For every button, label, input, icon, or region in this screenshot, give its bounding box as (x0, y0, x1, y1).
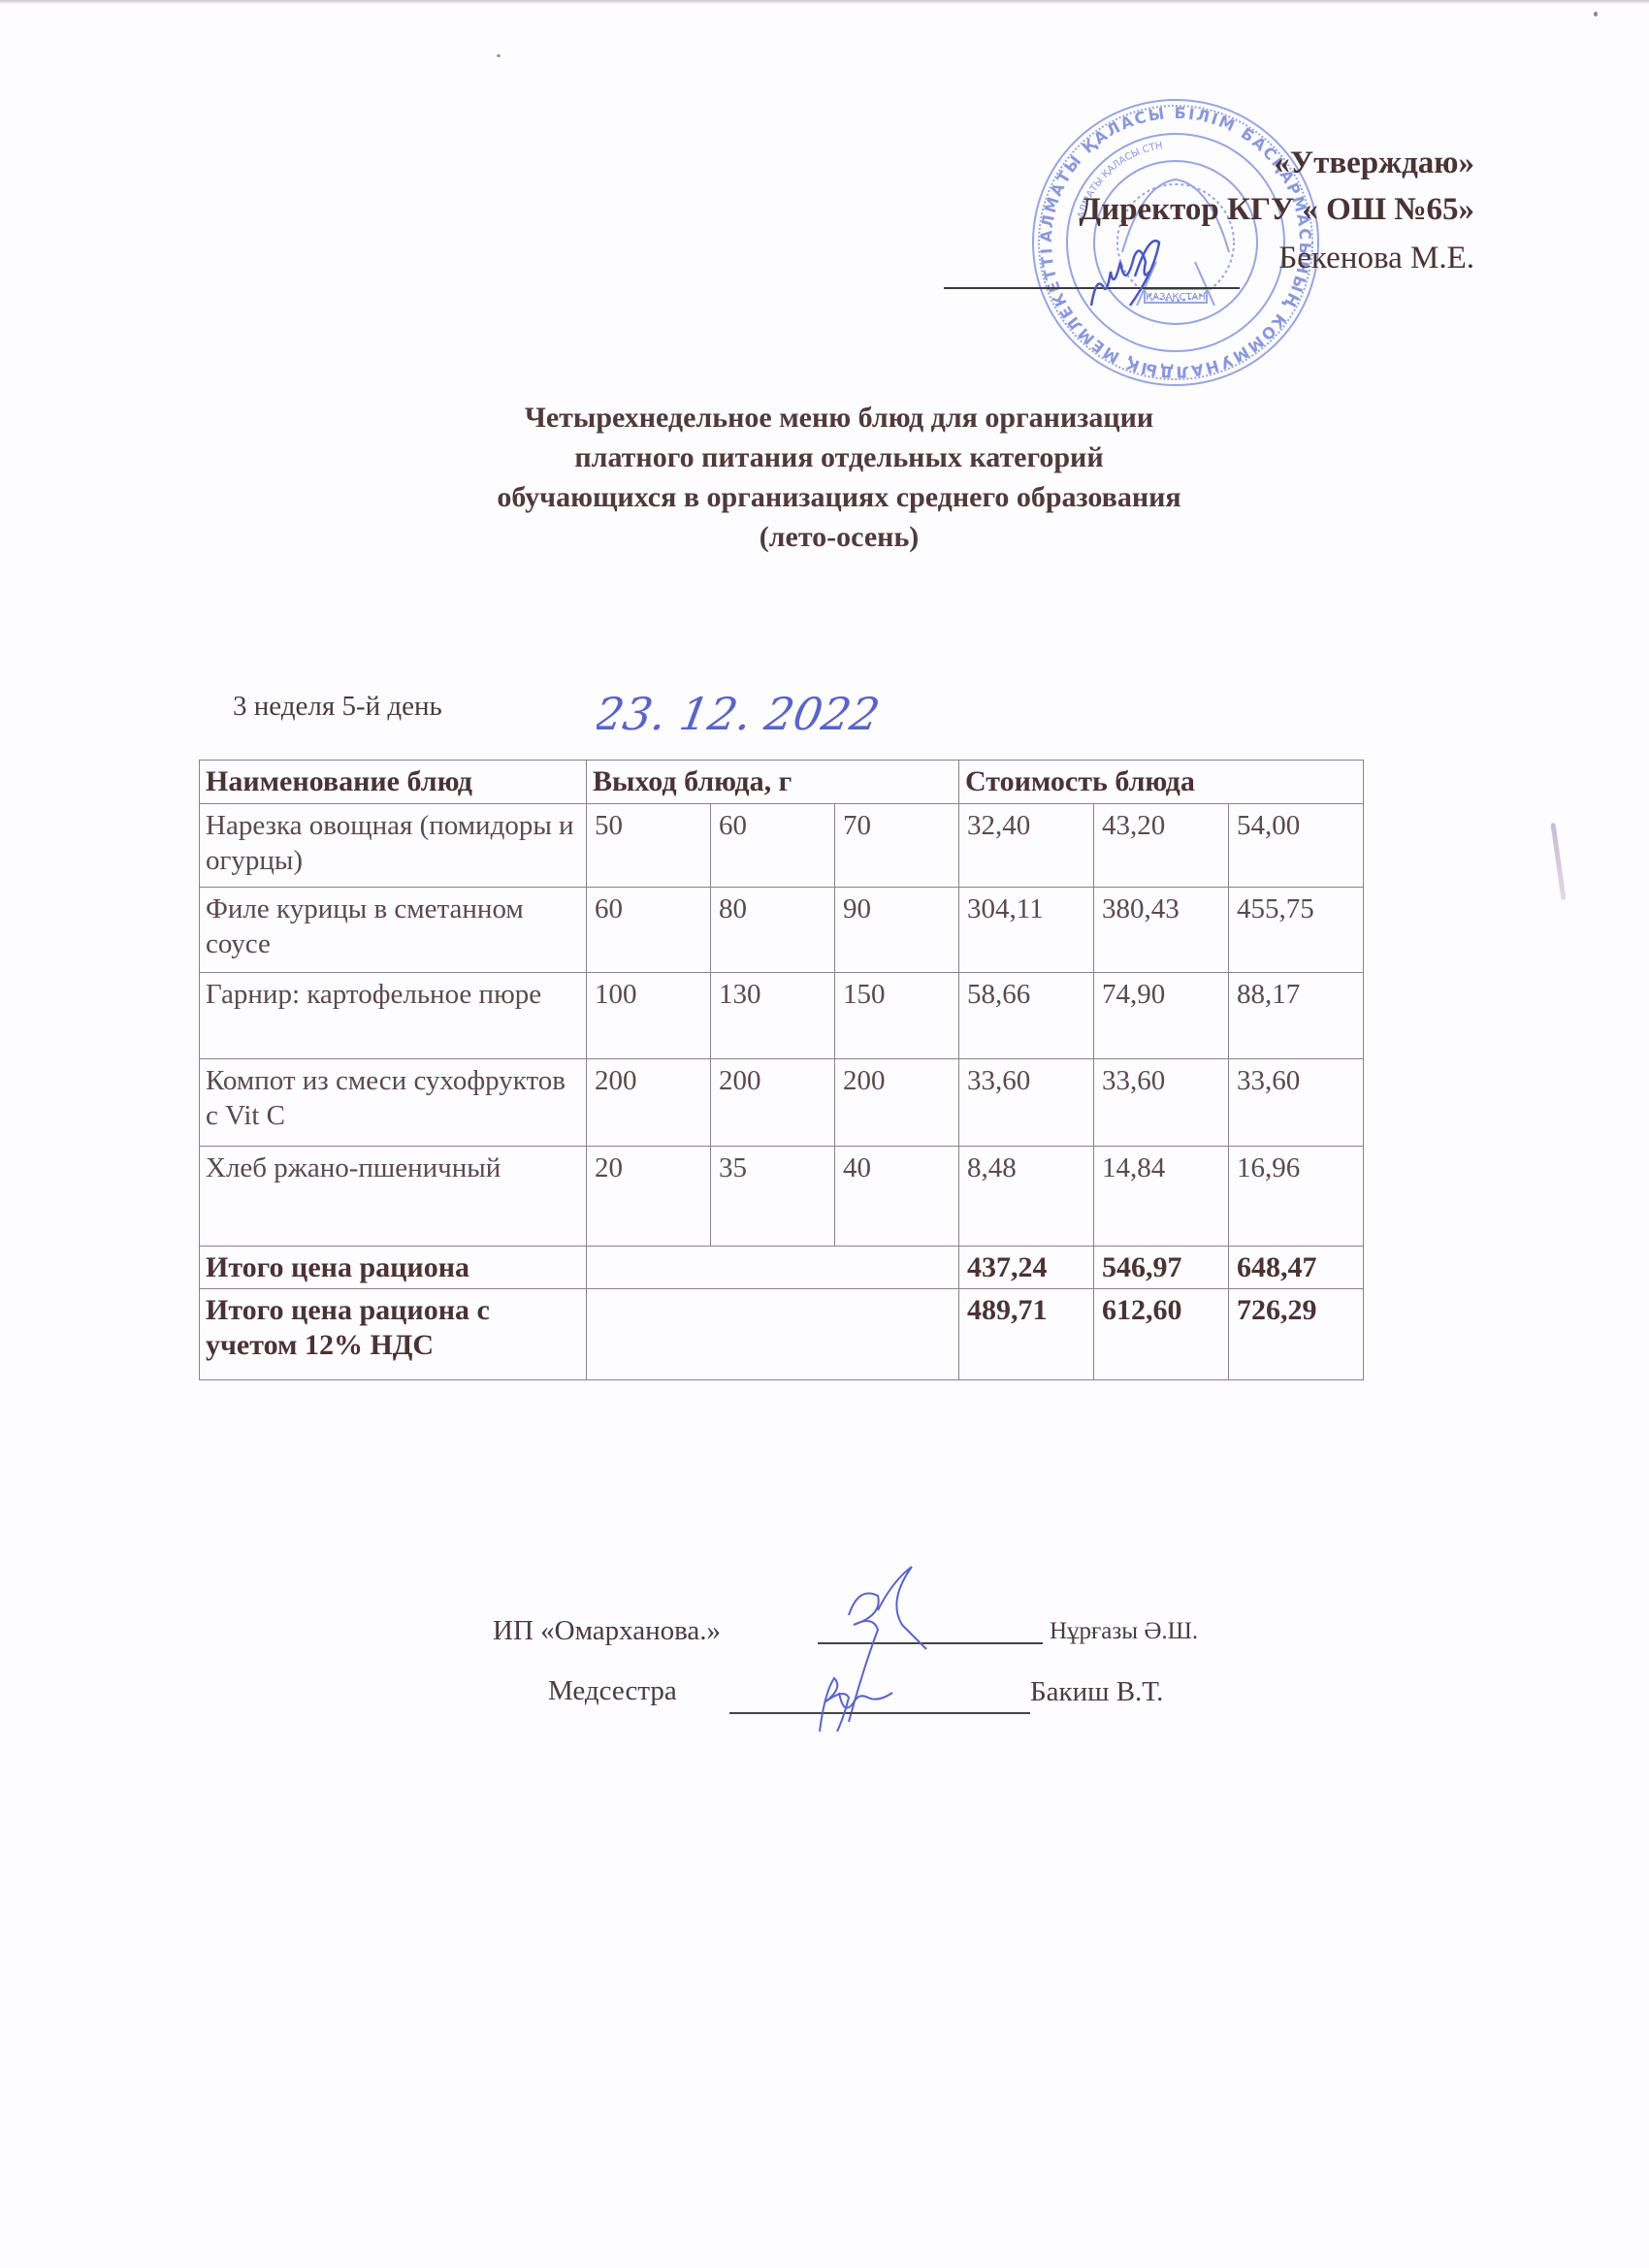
handwritten-date: 23. 12. 2022 (597, 679, 888, 747)
nurse-signatory-name: Бакиш В.Т. (1030, 1676, 1163, 1708)
director-signature-icon (1086, 238, 1193, 315)
empty-cell (587, 1289, 959, 1380)
yield-cell: 150 (835, 973, 959, 1059)
ip-label: ИП «Омарханова.» (493, 1615, 721, 1647)
yield-cell: 130 (711, 973, 835, 1059)
total-cost-cell: 489,71 (959, 1289, 1094, 1380)
table-row: Филе курицы в сметанном соусе608090304,1… (200, 888, 1364, 973)
week-day-label: 3 неделя 5-й день (233, 691, 442, 723)
scan-speck (1594, 12, 1598, 16)
svg-text:23. 12. 2022: 23. 12. 2022 (597, 688, 884, 740)
total-label: Итого цена рациона (200, 1247, 587, 1289)
approval-position: Директор КГУ « ОШ №65» (1079, 192, 1474, 228)
total-row: Итого цена рациона437,24546,97648,47 (200, 1247, 1364, 1289)
cost-cell: 8,48 (959, 1147, 1094, 1247)
header-yield: Выход блюда, г (587, 761, 959, 804)
table-row: Нарезка овощная (помидоры и огурцы)50607… (200, 804, 1364, 888)
cost-cell: 58,66 (959, 973, 1094, 1059)
header-dish-name: Наименование блюд (200, 761, 587, 804)
scan-edge (0, 0, 1649, 4)
title-line: платного питания отдельных категорий (29, 437, 1649, 477)
table-row: Гарнир: картофельное пюре10013015058,667… (200, 973, 1364, 1059)
nurse-label: Медсестра (548, 1675, 677, 1707)
cost-cell: 43,20 (1094, 804, 1229, 888)
total-label: Итого цена рациона с учетом 12% НДС (200, 1289, 587, 1380)
cost-cell: 33,60 (1229, 1059, 1364, 1147)
table-row: Компот из смеси сухофруктов с Vit C20020… (200, 1059, 1364, 1147)
cost-cell: 14,84 (1094, 1147, 1229, 1247)
yield-cell: 35 (711, 1147, 835, 1247)
yield-cell: 60 (587, 888, 711, 973)
nurse-signature-icon (795, 1664, 921, 1736)
pen-mark (1550, 823, 1566, 900)
table-row: Хлеб ржано-пшеничный2035408,4814,8416,96 (200, 1147, 1364, 1247)
header-cost: Стоимость блюда (959, 761, 1364, 804)
yield-cell: 200 (587, 1059, 711, 1147)
yield-cell: 90 (835, 888, 959, 973)
cost-cell: 74,90 (1094, 973, 1229, 1059)
yield-cell: 50 (587, 804, 711, 888)
scan-speck (497, 54, 501, 57)
total-cost-cell: 726,29 (1229, 1289, 1364, 1380)
approval-director-name: Бекенова М.Е. (1278, 241, 1474, 276)
total-row: Итого цена рациона с учетом 12% НДС489,7… (200, 1289, 1364, 1380)
cost-cell: 54,00 (1229, 804, 1364, 888)
yield-cell: 20 (587, 1147, 711, 1247)
dish-name: Филе курицы в сметанном соусе (200, 888, 587, 973)
cost-cell: 380,43 (1094, 888, 1229, 973)
cost-cell: 16,96 (1229, 1147, 1364, 1247)
menu-table: Наименование блюд Выход блюда, г Стоимос… (199, 760, 1364, 1380)
cost-cell: 455,75 (1229, 888, 1364, 973)
total-cost-cell: 437,24 (959, 1247, 1094, 1289)
total-cost-cell: 612,60 (1094, 1289, 1229, 1380)
dish-name: Нарезка овощная (помидоры и огурцы) (200, 804, 587, 888)
cost-cell: 304,11 (959, 888, 1094, 973)
yield-cell: 100 (587, 973, 711, 1059)
total-cost-cell: 546,97 (1094, 1247, 1229, 1289)
ip-signatory-name: Нұрғазы Ә.Ш. (1050, 1618, 1198, 1645)
dish-name: Гарнир: картофельное пюре (200, 973, 587, 1059)
approval-heading: «Утверждаю» (1274, 146, 1474, 181)
title-line: обучающихся в организациях среднего обра… (29, 477, 1649, 517)
table-header-row: Наименование блюд Выход блюда, г Стоимос… (200, 761, 1364, 804)
cost-cell: 32,40 (959, 804, 1094, 888)
empty-cell (587, 1247, 959, 1289)
dish-name: Компот из смеси сухофруктов с Vit C (200, 1059, 587, 1147)
dish-name: Хлеб ржано-пшеничный (200, 1147, 587, 1247)
yield-cell: 70 (835, 804, 959, 888)
yield-cell: 200 (835, 1059, 959, 1147)
total-cost-cell: 648,47 (1229, 1247, 1364, 1289)
title-line: (лето-осень) (29, 517, 1649, 557)
cost-cell: 33,60 (1094, 1059, 1229, 1147)
cost-cell: 88,17 (1229, 973, 1364, 1059)
cost-cell: 33,60 (959, 1059, 1094, 1147)
yield-cell: 40 (835, 1147, 959, 1247)
document-title: Четырехнедельное меню блюд для организац… (0, 398, 1649, 557)
yield-cell: 200 (711, 1059, 835, 1147)
title-line: Четырехнедельное меню блюд для организац… (29, 398, 1649, 437)
yield-cell: 60 (711, 804, 835, 888)
yield-cell: 80 (711, 888, 835, 973)
